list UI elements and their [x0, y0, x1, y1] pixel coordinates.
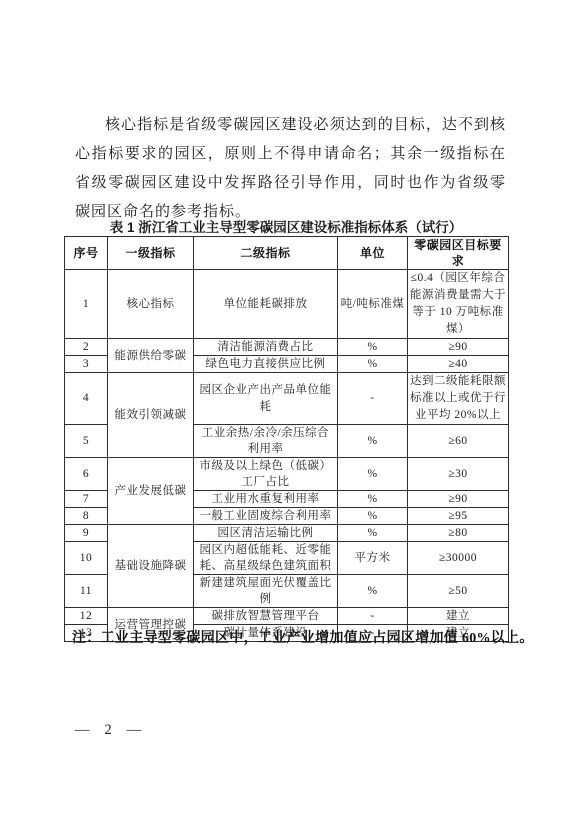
unit-cell: 平方米	[338, 542, 408, 575]
table-header-row: 序号 一级指标 二级指标 单位 零碳园区目标要求	[65, 237, 509, 270]
row-number-cell: 6	[65, 458, 108, 491]
unit-cell: %	[338, 575, 408, 608]
level2-indicator-cell: 园区清洁运输比例	[194, 525, 338, 542]
target-cell: ≥30000	[408, 542, 509, 575]
level2-indicator-cell: 园区企业产出产品单位能耗	[194, 373, 338, 425]
level2-indicator-cell: 清洁能源消费占比	[194, 339, 338, 356]
row-number-cell: 5	[65, 425, 108, 458]
header-unit: 单位	[338, 237, 408, 270]
footer-dash-left: —	[75, 722, 90, 739]
table-row: 6产业发展低碳市级及以上绿色（低碳）工厂占比%≥30	[65, 458, 509, 491]
row-number-cell: 4	[65, 373, 108, 425]
target-cell: ≥95	[408, 508, 509, 525]
intro-paragraph: 核心指标是省级零碳园区建设必须达到的目标，达不到核心指标要求的园区，原则上不得申…	[75, 111, 506, 227]
page-footer: — 2 —	[75, 722, 141, 739]
unit-cell: %	[338, 339, 408, 356]
level1-indicator-cell: 能源供给零碳	[108, 339, 194, 373]
level1-indicator-cell: 能效引领减碳	[108, 373, 194, 458]
unit-cell: %	[338, 508, 408, 525]
target-cell: ≥90	[408, 339, 509, 356]
target-cell: 达到二级能耗限额标准以上或优于行业平均 20%以上	[408, 373, 509, 425]
unit-cell: %	[338, 491, 408, 508]
note-text: 注：工业主导型零碳园区中，工业产业增加值应占园区增加值 60%以上。	[72, 627, 534, 647]
table-row: 4能效引领减碳园区企业产出产品单位能耗-达到二级能耗限额标准以上或优于行业平均 …	[65, 373, 509, 425]
unit-cell: %	[338, 458, 408, 491]
target-cell: ≥50	[408, 575, 509, 608]
header-target: 零碳园区目标要求	[408, 237, 509, 270]
row-number-cell: 8	[65, 508, 108, 525]
row-number-cell: 7	[65, 491, 108, 508]
indicator-table: 序号 一级指标 二级指标 单位 零碳园区目标要求 1核心指标单位能耗碳排放吨/吨…	[64, 236, 509, 642]
row-number-cell: 1	[65, 270, 108, 339]
header-row-number: 序号	[65, 237, 108, 270]
table-row: 1核心指标单位能耗碳排放吨/吨标准煤≤0.4（园区年综合能源消费量需大于等于 1…	[65, 270, 509, 339]
row-number-cell: 2	[65, 339, 108, 356]
row-number-cell: 11	[65, 575, 108, 608]
table-row: 2能源供给零碳清洁能源消费占比%≥90	[65, 339, 509, 356]
indicator-table-body: 1核心指标单位能耗碳排放吨/吨标准煤≤0.4（园区年综合能源消费量需大于等于 1…	[65, 270, 509, 642]
level2-indicator-cell: 市级及以上绿色（低碳）工厂占比	[194, 458, 338, 491]
unit-cell: %	[338, 525, 408, 542]
table-row: 12运营管理控碳碳排放智慧管理平台-建立	[65, 608, 509, 625]
level2-indicator-cell: 单位能耗碳排放	[194, 270, 338, 339]
row-number-cell: 12	[65, 608, 108, 625]
target-cell: ≥30	[408, 458, 509, 491]
target-cell: 建立	[408, 608, 509, 625]
table-row: 9基础设施降碳园区清洁运输比例%≥80	[65, 525, 509, 542]
unit-cell: 吨/吨标准煤	[338, 270, 408, 339]
level2-indicator-cell: 绿色电力直接供应比例	[194, 356, 338, 373]
unit-cell: -	[338, 608, 408, 625]
unit-cell: %	[338, 356, 408, 373]
document-page: 核心指标是省级零碳园区建设必须达到的目标，达不到核心指标要求的园区，原则上不得申…	[0, 0, 578, 816]
level2-indicator-cell: 碳排放智慧管理平台	[194, 608, 338, 625]
target-cell: ≥40	[408, 356, 509, 373]
row-number-cell: 9	[65, 525, 108, 542]
header-level1-indicator: 一级指标	[108, 237, 194, 270]
target-cell: ≤0.4（园区年综合能源消费量需大于等于 10 万吨标准煤）	[408, 270, 509, 339]
row-number-cell: 3	[65, 356, 108, 373]
level2-indicator-cell: 新建建筑屋面光伏覆盖比例	[194, 575, 338, 608]
target-cell: ≥80	[408, 525, 509, 542]
page-number: 2	[105, 722, 112, 739]
level2-indicator-cell: 工业余热/余冷/余压综合利用率	[194, 425, 338, 458]
level1-indicator-cell: 核心指标	[108, 270, 194, 339]
level1-indicator-cell: 基础设施降碳	[108, 525, 194, 608]
header-level2-indicator: 二级指标	[194, 237, 338, 270]
unit-cell: -	[338, 373, 408, 425]
table-title: 表 1 浙江省工业主导型零碳园区建设标准指标体系（试行）	[64, 216, 508, 236]
level2-indicator-cell: 园区内超低能耗、近零能耗、高星级绿色建筑面积	[194, 542, 338, 575]
target-cell: ≥90	[408, 491, 509, 508]
level2-indicator-cell: 工业用水重复利用率	[194, 491, 338, 508]
row-number-cell: 10	[65, 542, 108, 575]
level2-indicator-cell: 一般工业固废综合利用率	[194, 508, 338, 525]
footer-dash-right: —	[127, 722, 142, 739]
level1-indicator-cell: 产业发展低碳	[108, 458, 194, 525]
unit-cell: %	[338, 425, 408, 458]
target-cell: ≥60	[408, 425, 509, 458]
